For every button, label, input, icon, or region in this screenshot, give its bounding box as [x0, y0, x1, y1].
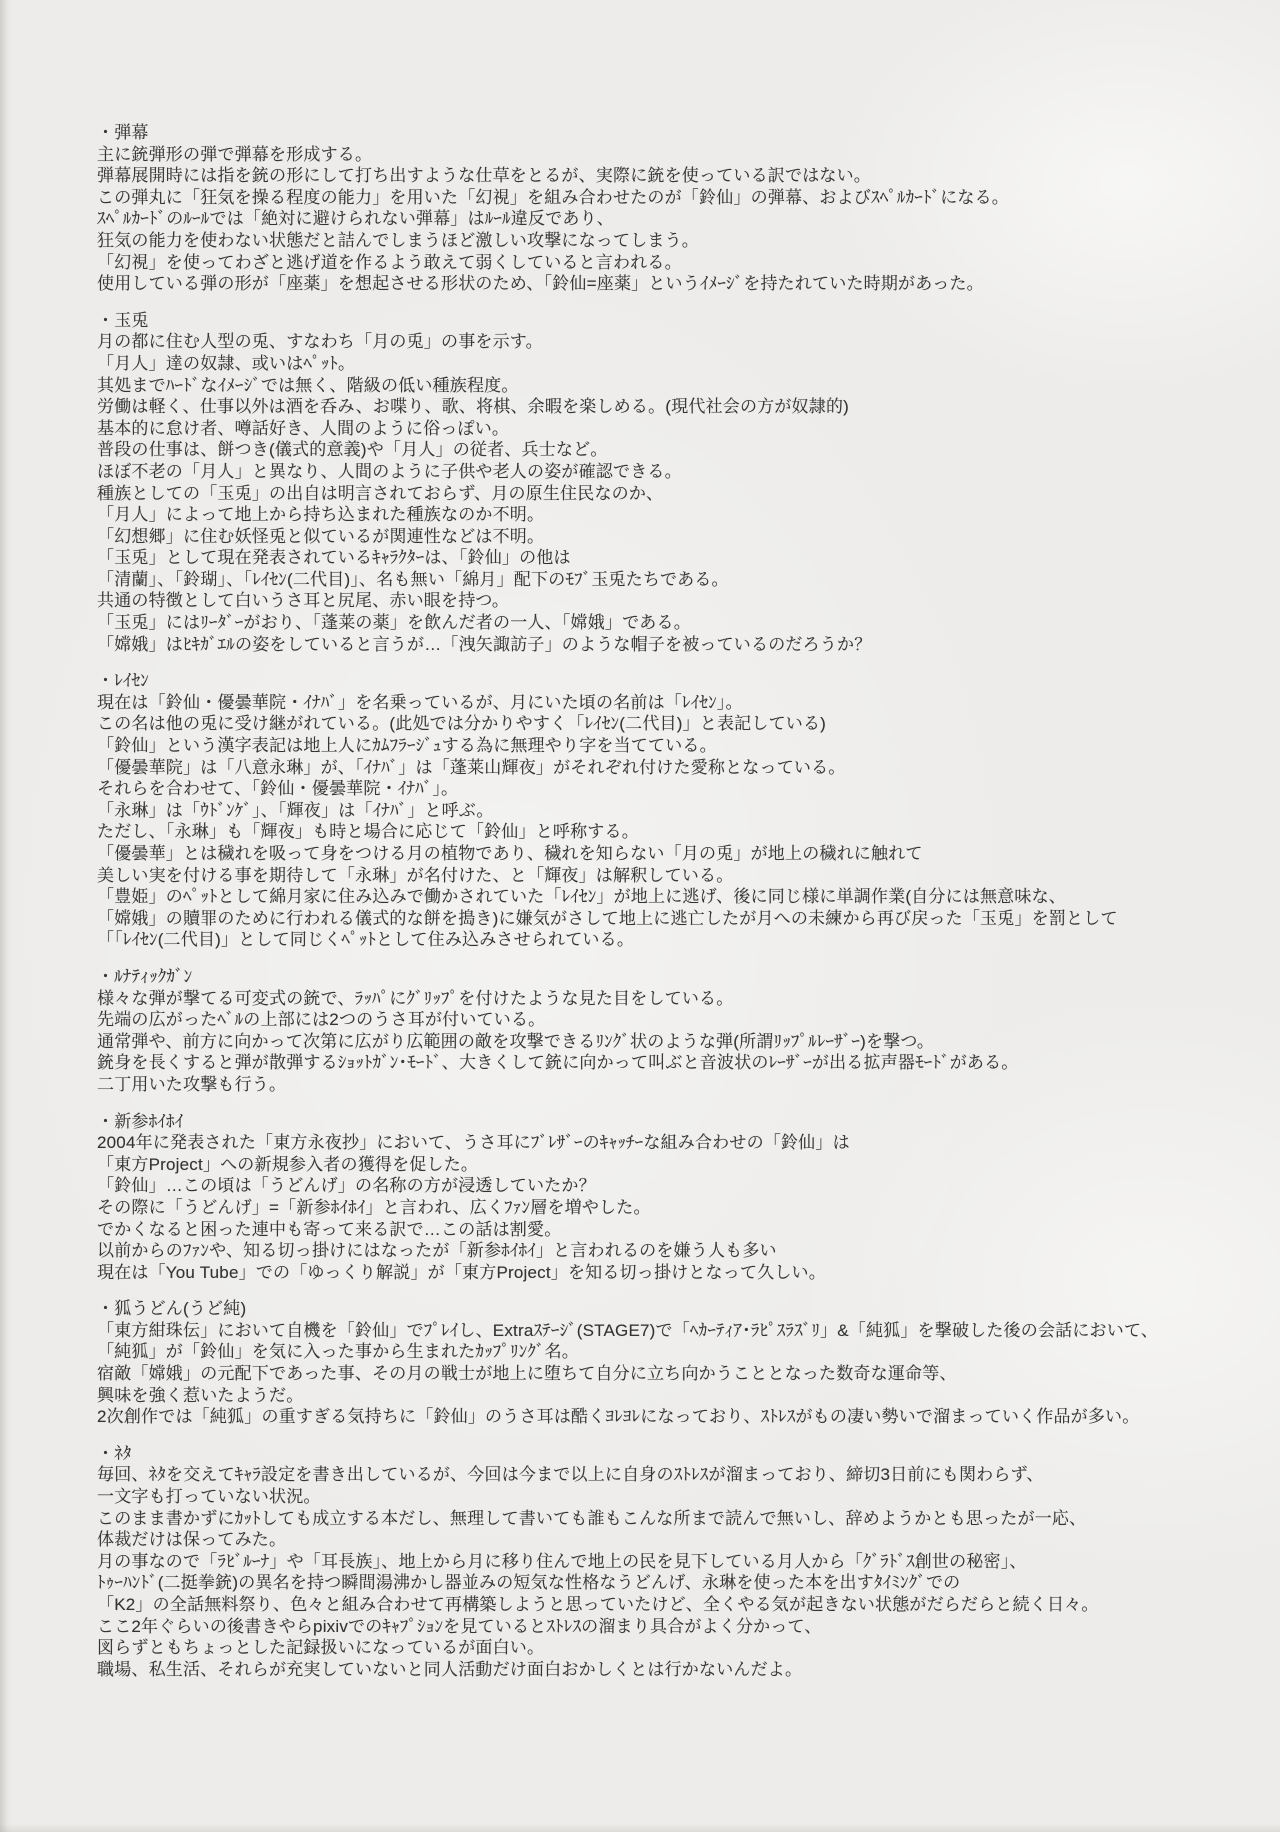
text-line: 2次創作では「純狐」の重すぎる気持ちに「鈴仙」のうさ耳は酷くﾖﾚﾖﾚになっており…: [97, 1406, 1257, 1428]
glossary-section: ・ﾙﾅﾃｨｯｸｶﾞﾝ 様々な弾が撃てる可変式の銃で、ﾗｯﾊﾟにｸﾞﾘｯﾌﾟを付け…: [97, 966, 1257, 1096]
text-line: この弾丸に「狂気を操る程度の能力」を用いた「幻視」を組み合わせたのが「鈴仙」の弾…: [97, 187, 1257, 209]
text-line: 主に銃弾形の弾で弾幕を形成する。: [97, 144, 1257, 166]
glossary-section: ・新参ﾎｲﾎｲ 2004年に発表された「東方永夜抄」において、うさ耳にﾌﾞﾚｻﾞ…: [97, 1111, 1257, 1284]
section-heading: ・ﾚｲｾﾝ: [97, 670, 1257, 692]
text-line: ほぼ不老の「月人」と異なり、人間のように子供や老人の姿が確認できる。: [97, 461, 1257, 483]
text-line: 普段の仕事は、餅つき(儀式的意義)や「月人」の従者、兵士など。: [97, 439, 1257, 461]
text-line: 「玉兎」にはﾘｰﾀﾞｰがおり、「蓬莱の薬」を飲んだ者の一人、「嫦娥」である。: [97, 612, 1257, 634]
text-line: 一文字も打っていない状況。: [97, 1486, 1257, 1508]
glossary-section: ・玉兎 月の都に住む人型の兎、すなわち「月の兎」の事を示す。「月人」達の奴隷、或…: [97, 310, 1257, 656]
text-line: 其処までﾊｰﾄﾞなｲﾒｰｼﾞでは無く、階級の低い種族程度。: [97, 375, 1257, 397]
text-line: でかくなると困った連中も寄って来る訳で…この話は割愛。: [97, 1219, 1257, 1241]
text-line: 「K2」の全話無料祭り、色々と組み合わせて再構築しようと思っていたけど、全くやる…: [97, 1594, 1257, 1616]
text-line: 「嫦娥」はﾋｷｶﾞｴﾙの姿をしていると言うが…「洩矢諏訪子」のような帽子を被って…: [97, 634, 1257, 656]
text-line: 「豊姫」のﾍﾟｯﾄとして綿月家に住み込みで働かされていた「ﾚｲｾﾝ」が地上に逃げ…: [97, 886, 1257, 908]
text-line: 美しい実を付ける事を期待して「永琳」が名付けた、と「輝夜」は解釈している。: [97, 865, 1257, 887]
text-line: 月の事なので「ﾗﾋﾞﾙｰﾅ」や「耳長族」、地上から月に移り住んで地上の民を見下し…: [97, 1551, 1257, 1573]
text-line: 弾幕展開時には指を銃の形にして打ち出すような仕草をとるが、実際に銃を使っている訳…: [97, 165, 1257, 187]
text-line: 「鈴仙」…この頃は「うどんげ」の名称の方が浸透していたか？: [97, 1175, 1257, 1197]
section-heading: ・玉兎: [97, 310, 1257, 332]
text-line: 通常弾や、前方に向かって次第に広がり広範囲の敵を攻撃できるﾘﾝｸﾞ状のような弾(…: [97, 1031, 1257, 1053]
text-line: 「月人」によって地上から持ち込まれた種族なのか不明。: [97, 504, 1257, 526]
text-line: 2004年に発表された「東方永夜抄」において、うさ耳にﾌﾞﾚｻﾞｰのｷｬｯﾁｰな…: [97, 1132, 1257, 1154]
section-heading: ・ﾈﾀ: [97, 1443, 1257, 1465]
text-line: 先端の広がったﾍﾞﾙの上部には2つのうさ耳が付いている。: [97, 1009, 1257, 1031]
text-line: 体裁だけは保ってみた。: [97, 1529, 1257, 1551]
text-line: 毎回、ﾈﾀを交えてｷｬﾗ設定を書き出しているが、今回は今まで以上に自身のｽﾄﾚｽ…: [97, 1464, 1257, 1486]
glossary-section: ・ﾚｲｾﾝ 現在は「鈴仙・優曇華院・ｲﾅﾊﾞ」を名乗っているが、月にいた頃の名前…: [97, 670, 1257, 951]
glossary-section: ・弾幕 主に銃弾形の弾で弾幕を形成する。弾幕展開時には指を銃の形にして打ち出すよ…: [97, 122, 1257, 295]
text-line: 「永琳」は「ｳﾄﾞﾝｹﾞ」、「輝夜」は「ｲﾅﾊﾞ」と呼ぶ。: [97, 800, 1257, 822]
glossary-section: ・ﾈﾀ 毎回、ﾈﾀを交えてｷｬﾗ設定を書き出しているが、今回は今まで以上に自身の…: [97, 1443, 1257, 1681]
text-line: 月の都に住む人型の兎、すなわち「月の兎」の事を示す。: [97, 331, 1257, 353]
text-line: 「玉兎」として現在発表されているｷｬﾗｸﾀｰは、「鈴仙」の他は: [97, 547, 1257, 569]
text-line: ﾄｩｰﾊﾝﾄﾞ(二挺拳銃)の異名を持つ瞬間湯沸かし器並みの短気な性格なうどんげ、…: [97, 1572, 1257, 1594]
text-line: 「清蘭」、「鈴瑚」、「ﾚｲｾﾝ(二代目)」、名も無い「綿月」配下のﾓﾌﾞ玉兎たち…: [97, 569, 1257, 591]
text-line: 現在は「You Tube」での「ゆっくり解説」が「東方Project」を知る切っ…: [97, 1262, 1257, 1284]
text-line: この名は他の兎に受け継がれている。(此処では分かりやすく「ﾚｲｾﾝ(二代目)」と…: [97, 713, 1257, 735]
text-line: 基本的に怠け者、噂話好き、人間のように俗っぽい。: [97, 418, 1257, 440]
text-line: 「嫦娥」の贖罪のために行われる儀式的な餅を搗き)に嫌気がさして地上に逃亡したが月…: [97, 908, 1257, 930]
text-line: 「純狐」が「鈴仙」を気に入った事から生まれたｶｯﾌﾟﾘﾝｸﾞ名。: [97, 1341, 1257, 1363]
document-page: ・弾幕 主に銃弾形の弾で弾幕を形成する。弾幕展開時には指を銃の形にして打ち出すよ…: [0, 0, 1280, 1832]
text-line: このまま書かずにｶｯﾄしても成立する本だし、無理して書いても誰もこんな所まで読ん…: [97, 1508, 1257, 1530]
text-line: ここ2年ぐらいの後書きやらpixivでのｷｬﾌﾟｼｮﾝを見ているとｽﾄﾚｽの溜ま…: [97, 1616, 1257, 1638]
text-line: 「「ﾚｲｾﾝ(二代目)」として同じくﾍﾟｯﾄとして住み込みさせられている。: [97, 929, 1257, 951]
text-line: 「幻想郷」に住む妖怪兎と似ているが関連性などは不明。: [97, 526, 1257, 548]
text-line: 労働は軽く、仕事以外は酒を呑み、お喋り、歌、将棋、余暇を楽しめる。(現代社会の方…: [97, 396, 1257, 418]
text-line: 「月人」達の奴隷、或いはﾍﾟｯﾄ。: [97, 353, 1257, 375]
text-line: それらを合わせて、「鈴仙・優曇華院・ｲﾅﾊﾞ」。: [97, 778, 1257, 800]
text-line: 図らずともちょっとした記録扱いになっているが面白い。: [97, 1637, 1257, 1659]
glossary-section: ・狐うどん(うど純) 「東方紺珠伝」において自機を「鈴仙」でﾌﾟﾚｲし、Extr…: [97, 1298, 1257, 1428]
text-line: 興味を強く惹いたようだ。: [97, 1385, 1257, 1407]
section-heading: ・狐うどん(うど純): [97, 1298, 1257, 1320]
text-line: ただし、「永琳」も「輝夜」も時と場合に応じて「鈴仙」と呼称する。: [97, 821, 1257, 843]
text-line: 様々な弾が撃てる可変式の銃で、ﾗｯﾊﾟにｸﾞﾘｯﾌﾟを付けたような見た目をしてい…: [97, 988, 1257, 1010]
text-line: 現在は「鈴仙・優曇華院・ｲﾅﾊﾞ」を名乗っているが、月にいた頃の名前は「ﾚｲｾﾝ…: [97, 692, 1257, 714]
text-line: 狂気の能力を使わない状態だと詰んでしまうほど激しい攻撃になってしまう。: [97, 230, 1257, 252]
scan-edge-artifact-bottom: [0, 1824, 1280, 1832]
text-line: 以前からのﾌｧﾝや、知る切っ掛けにはなったが「新参ﾎｲﾎｲ」と言われるのを嫌う人…: [97, 1240, 1257, 1262]
text-line: 「東方紺珠伝」において自機を「鈴仙」でﾌﾟﾚｲし、Extraｽﾃｰｼﾞ(STAG…: [97, 1320, 1257, 1342]
text-line: 種族としての「玉兎」の出自は明言されておらず、月の原生住民なのか、: [97, 483, 1257, 505]
text-line: 宿敵「嫦娥」の元配下であった事、その月の戦士が地上に堕ちて自分に立ち向かうことと…: [97, 1363, 1257, 1385]
text-line: 「鈴仙」という漢字表記は地上人にｶﾑﾌﾗｰｼﾞｭする為に無理やり字を当てている。: [97, 735, 1257, 757]
text-line: 使用している弾の形が「座薬」を想起させる形状のため、「鈴仙=座薬」というｲﾒｰｼ…: [97, 273, 1257, 295]
text-line: 銃身を長くすると弾が散弾するｼｮｯﾄｶﾞﾝ･ﾓｰﾄﾞ、大きくして銃に向かって叫ぶ…: [97, 1052, 1257, 1074]
scan-edge-artifact: [0, 0, 12, 1832]
text-line: 「東方Project」への新規参入者の獲得を促した。: [97, 1154, 1257, 1176]
text-line: 「優曇華院」は「八意永琳」が、「ｲﾅﾊﾞ」は「蓬莱山輝夜」がそれぞれ付けた愛称と…: [97, 757, 1257, 779]
section-heading: ・弾幕: [97, 122, 1257, 144]
text-line: 二丁用いた攻撃も行う。: [97, 1074, 1257, 1096]
section-heading: ・新参ﾎｲﾎｲ: [97, 1111, 1257, 1133]
text-line: その際に「うどんげ」=「新参ﾎｲﾎｲ」と言われ、広くﾌｧﾝ層を増やした。: [97, 1197, 1257, 1219]
text-line: 共通の特徴として白いうさ耳と尻尾、赤い眼を持つ。: [97, 590, 1257, 612]
section-heading: ・ﾙﾅﾃｨｯｸｶﾞﾝ: [97, 966, 1257, 988]
text-line: ｽﾍﾟﾙｶｰﾄﾞのﾙｰﾙでは「絶対に避けられない弾幕」はﾙｰﾙ違反であり、: [97, 208, 1257, 230]
text-line: 「幻視」を使ってわざと逃げ道を作るよう敢えて弱くしていると言われる。: [97, 252, 1257, 274]
afterword-glossary-text: ・弾幕 主に銃弾形の弾で弾幕を形成する。弾幕展開時には指を銃の形にして打ち出すよ…: [97, 122, 1257, 1680]
text-line: 職場、私生活、それらが充実していないと同人活動だけ面白おかしくとは行かないんだよ…: [97, 1659, 1257, 1681]
text-line: 「優曇華」とは穢れを吸って身をつける月の植物であり、穢れを知らない「月の兎」が地…: [97, 843, 1257, 865]
